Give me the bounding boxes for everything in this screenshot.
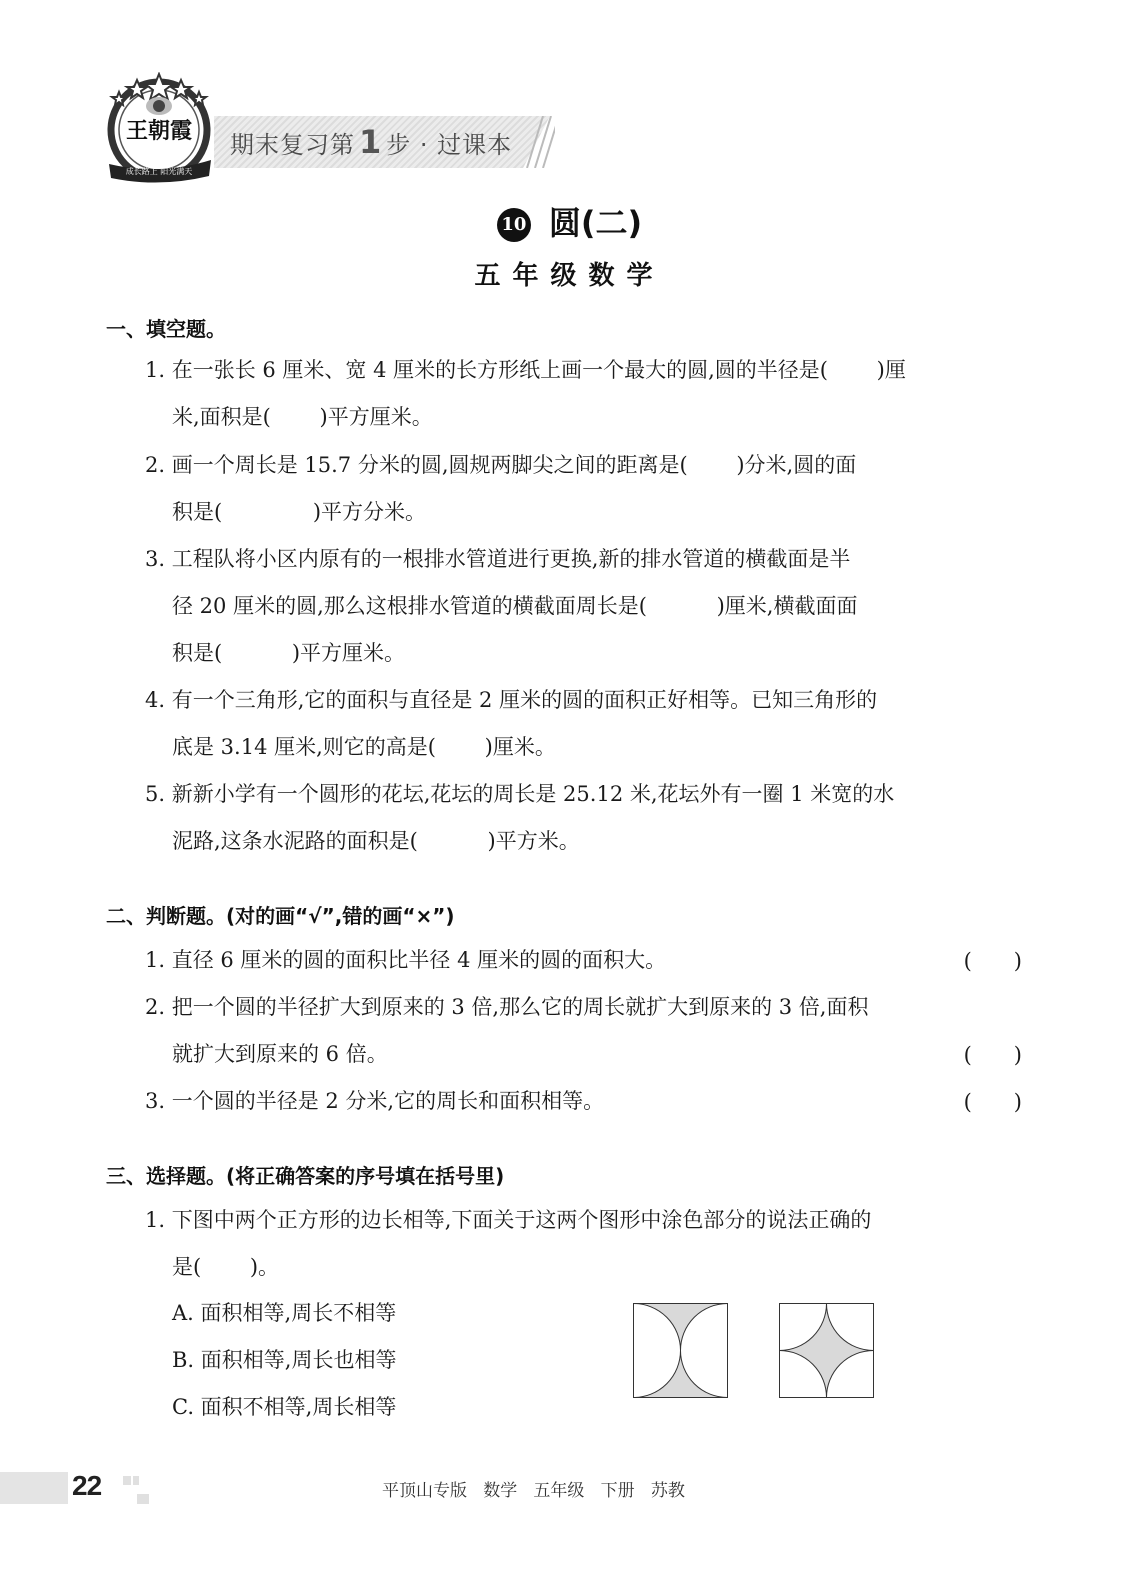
question-text: 底是 3.14 厘米,则它的高是( )厘米。 — [172, 732, 556, 762]
subject-subtitle: 五年级数学 — [0, 255, 1139, 292]
question-text: 3. 一个圆的半径是 2 分米,它的周长和面积相等。 — [145, 1086, 604, 1116]
svg-text:王朝霞: 王朝霞 — [126, 118, 192, 144]
section-heading-true-false: 二、判断题。(对的画“√”,错的画“×”) — [106, 900, 455, 929]
question-text: 就扩大到原来的 6 倍。 — [172, 1039, 388, 1069]
question-text: 泥路,这条水泥路的面积是( )平方米。 — [172, 826, 580, 856]
answer-blank[interactable]: ( ) — [964, 1039, 1022, 1069]
question-text: 2. 把一个圆的半径扩大到原来的 3 倍,那么它的周长就扩大到原来的 3 倍,面… — [145, 992, 868, 1022]
footer-square-decoration — [137, 1494, 149, 1504]
page-number: 22 — [72, 1470, 101, 1502]
figure-astroid — [779, 1303, 874, 1398]
banner-title: 期末复习第1步 · 过课本 — [230, 124, 512, 160]
choice-option-b[interactable]: B. 面积相等,周长也相等 — [172, 1345, 396, 1375]
question-text: 米,面积是( )平方厘米。 — [172, 402, 433, 432]
answer-blank[interactable]: ( ) — [964, 945, 1022, 975]
question-text: 2. 画一个周长是 15.7 分米的圆,圆规两脚尖之间的距离是( )分米,圆的面 — [145, 450, 856, 480]
answer-blank[interactable]: ( ) — [964, 1086, 1022, 1116]
footer-square-decoration — [123, 1476, 131, 1485]
question-text: 1. 下图中两个正方形的边长相等,下面关于这两个图形中涂色部分的说法正确的 — [145, 1205, 871, 1235]
question-text: 径 20 厘米的圆,那么这根排水管道的横截面周长是( )厘米,横截面面 — [172, 591, 857, 621]
footer-edition-info: 平顶山专版 数学 五年级 下册 苏教 — [382, 1476, 685, 1501]
question-text: 积是( )平方分米。 — [172, 497, 426, 527]
section-heading-multiple-choice: 三、选择题。(将正确答案的序号填在括号里) — [106, 1160, 504, 1189]
figure-hourglass — [633, 1303, 728, 1398]
svg-text:成长路上 阳光满天: 成长路上 阳光满天 — [126, 166, 193, 176]
publisher-logo: 王朝霞 成长路上 阳光满天 — [103, 72, 215, 184]
question-text: 是( )。 — [172, 1252, 279, 1282]
question-text: 积是( )平方厘米。 — [172, 638, 405, 668]
lesson-title: 10圆(二) — [0, 198, 1139, 244]
choice-option-a[interactable]: A. 面积相等,周长不相等 — [172, 1298, 396, 1328]
lesson-number-badge: 10 — [497, 208, 531, 242]
section-heading-fill-blank: 一、填空题。 — [106, 313, 226, 342]
question-text: 5. 新新小学有一个圆形的花坛,花坛的周长是 25.12 米,花坛外有一圈 1 … — [145, 779, 894, 809]
question-text: 4. 有一个三角形,它的面积与直径是 2 厘米的圆的面积正好相等。已知三角形的 — [145, 685, 877, 715]
banner-stripes-icon — [505, 116, 555, 168]
question-text: 1. 在一张长 6 厘米、宽 4 厘米的长方形纸上画一个最大的圆,圆的半径是( … — [145, 355, 906, 385]
footer-square-decoration — [133, 1476, 139, 1485]
footer-bar — [0, 1472, 68, 1504]
question-text: 1. 直径 6 厘米的圆的面积比半径 4 厘米的圆的面积大。 — [145, 945, 666, 975]
choice-option-c[interactable]: C. 面积不相等,周长相等 — [172, 1392, 396, 1422]
question-text: 3. 工程队将小区内原有的一根排水管道进行更换,新的排水管道的横截面是半 — [145, 544, 850, 574]
logo-badge-icon: 王朝霞 成长路上 阳光满天 — [103, 72, 215, 184]
